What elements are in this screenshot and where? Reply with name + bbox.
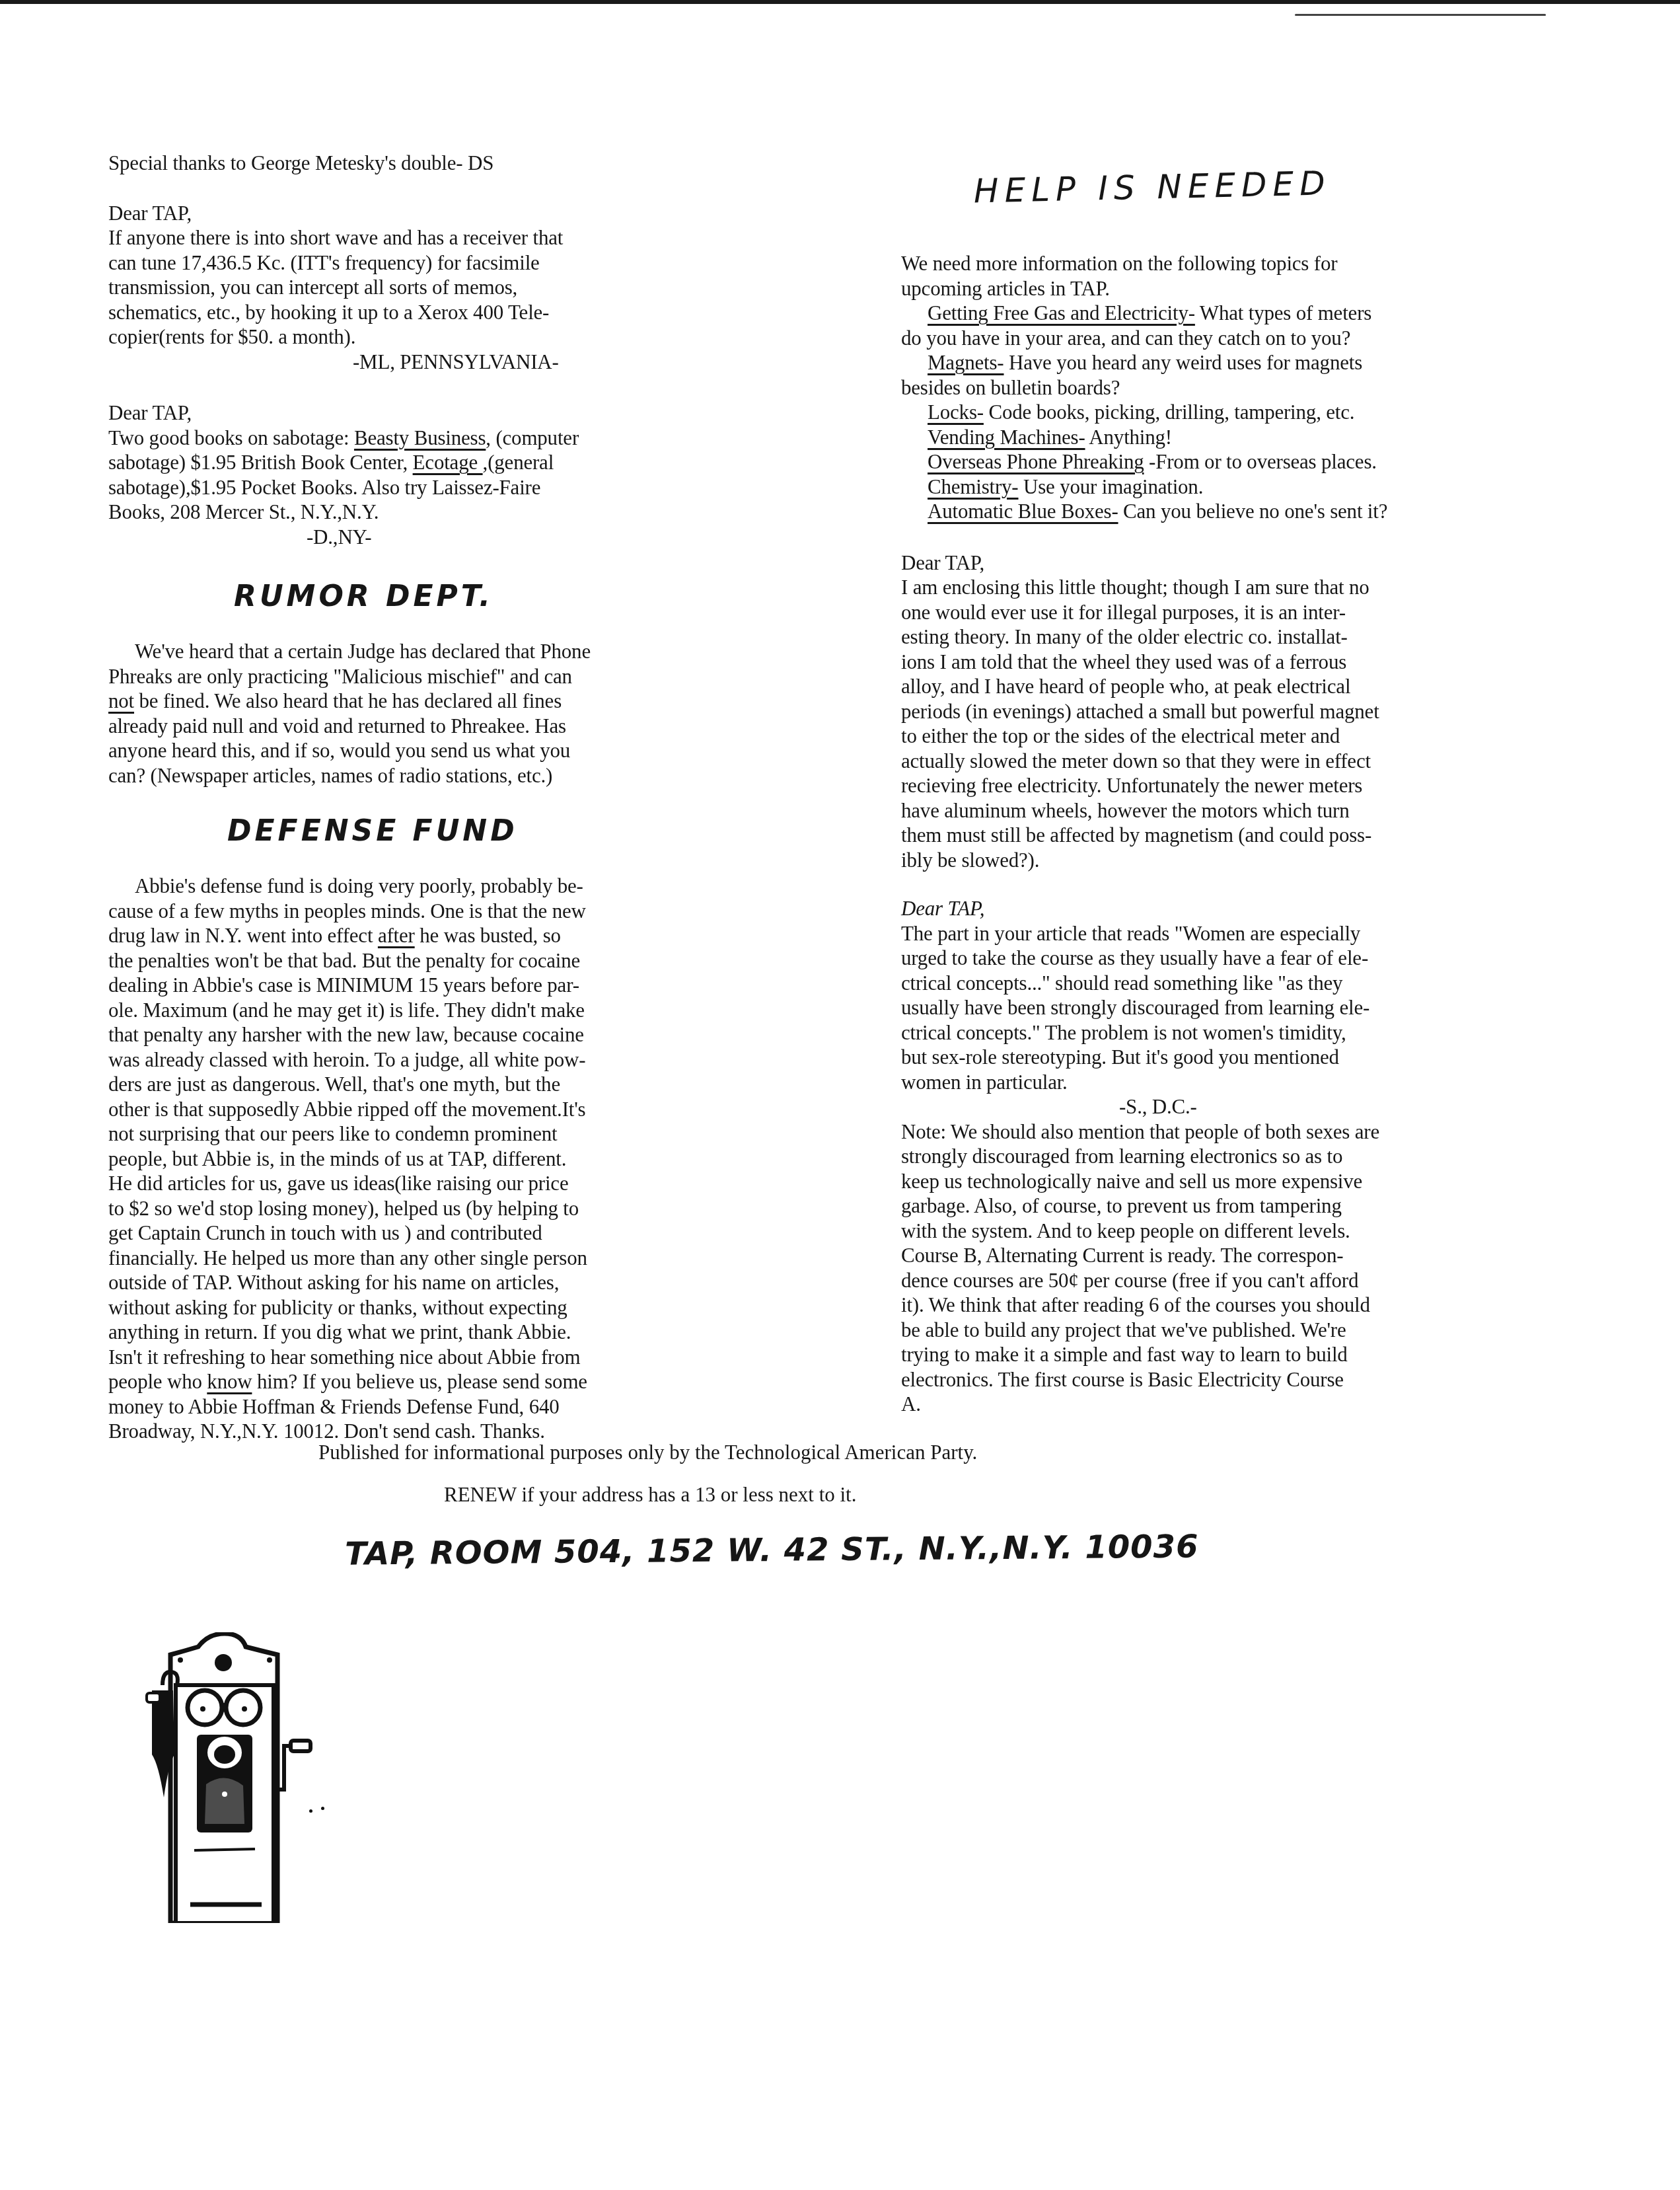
help-topic: Magnets- Have you heard any weird uses f… — [901, 350, 1535, 375]
text: him? If you believe us, please send some — [252, 1370, 587, 1393]
help-topic-text: Code books, picking, drilling, tampering… — [984, 400, 1354, 424]
emphasis-not: not — [108, 689, 134, 712]
letter-line: can tune 17,436.5 Kc. (ITT's frequency) … — [108, 250, 743, 276]
help-topic-text: Use your imagination. — [1019, 475, 1204, 498]
text: , (computer — [486, 426, 579, 449]
antique-wall-telephone-icon — [132, 1632, 330, 1923]
note-line: A. — [901, 1392, 1535, 1417]
letter-line: recieving free electricity. Unfortunatel… — [901, 773, 1535, 798]
section-title: RUMOR DEPT. — [108, 577, 743, 617]
letter-line: usually have been strongly discouraged f… — [901, 995, 1535, 1020]
paragraph-line: Broadway, N.Y.,N.Y. 10012. Don't send ca… — [108, 1419, 743, 1444]
mailing-address: TAP, ROOM 504, 152 W. 42 ST., N.Y.,N.Y. … — [345, 1528, 1199, 1572]
paragraph-line: the penalties won't be that bad. But the… — [108, 948, 743, 973]
right-column: HELP IS NEEDED We need more information … — [901, 173, 1535, 1417]
help-topic-label: Magnets- — [928, 351, 1004, 374]
letter-line: ions I am told that the wheel they used … — [901, 650, 1535, 675]
paragraph-line: that penalty any harsher with the new la… — [108, 1022, 743, 1047]
help-topic: Getting Free Gas and Electricity- What t… — [901, 301, 1535, 326]
letter-line: copier(rents for $50. a month). — [108, 324, 743, 350]
page-scan-mark — [1295, 14, 1546, 16]
section-title: HELP IS NEEDED — [900, 159, 1535, 213]
help-topic-text: What types of meters — [1195, 301, 1371, 324]
paragraph-line: already paid null and void and returned … — [108, 714, 743, 739]
paragraph-line: get Captain Crunch in touch with us ) an… — [108, 1221, 743, 1246]
paragraph-line: anyone heard this, and if so, would you … — [108, 738, 743, 763]
help-topic: Vending Machines- Anything! — [901, 425, 1535, 450]
note-line: strongly discouraged from learning elect… — [901, 1144, 1535, 1169]
help-topic-continuation: do you have in your area, and can they c… — [901, 326, 1535, 351]
letter-magnet-meter: Dear TAP, I am enclosing this little tho… — [901, 550, 1535, 873]
help-topic-label: Automatic Blue Boxes- — [928, 500, 1118, 523]
paragraph-line: not be fined. We also heard that he has … — [108, 689, 743, 714]
text: Two good books on sabotage: — [108, 426, 354, 449]
paragraph-line: financially. He helped us more than any … — [108, 1246, 743, 1271]
text: sabotage) $1.95 British Book Center, — [108, 451, 413, 474]
text: people who — [108, 1370, 207, 1393]
note-line: trying to make it a simple and fast way … — [901, 1342, 1535, 1367]
text: he was busted, so — [415, 924, 561, 947]
letter-line: them must still be affected by magnetism… — [901, 823, 1535, 848]
letter-line: I am enclosing this little thought; thou… — [901, 575, 1535, 600]
note-line: it). We think that after reading 6 of th… — [901, 1293, 1535, 1318]
book-title-ecotage: Ecotage — [413, 451, 483, 474]
paragraph-line: ole. Maximum (and he may get it) is life… — [108, 998, 743, 1023]
letter-line: sabotage),$1.95 Pocket Books. Also try L… — [108, 475, 743, 500]
note-line: Note: We should also mention that people… — [901, 1119, 1535, 1145]
letter-line: actually slowed the meter down so that t… — [901, 749, 1535, 774]
renew-notice: RENEW if your address has a 13 or less n… — [444, 1483, 856, 1507]
note-line: Course B, Alternating Current is ready. … — [901, 1243, 1535, 1268]
paragraph-line: Abbie's defense fund is doing very poorl… — [108, 874, 743, 899]
section-help-is-needed: HELP IS NEEDED We need more information … — [901, 173, 1535, 524]
letter-line: If anyone there is into short wave and h… — [108, 225, 743, 250]
paragraph-line: upcoming articles in TAP. — [901, 276, 1535, 301]
help-topic-label: Chemistry- — [928, 475, 1019, 498]
letter-line: ctrical concepts..." should read somethi… — [901, 971, 1535, 996]
letter-line: sabotage) $1.95 British Book Center, Eco… — [108, 450, 743, 475]
help-topic-list: Getting Free Gas and Electricity- What t… — [901, 301, 1535, 524]
letter-line: Books, 208 Mercer St., N.Y.,N.Y. — [108, 500, 743, 525]
paragraph-line: Phreaks are only practicing "Malicious m… — [108, 664, 743, 689]
paragraph-line: ders are just as dangerous. Well, that's… — [108, 1072, 743, 1097]
note-line: keep us technologically naive and sell u… — [901, 1169, 1535, 1194]
published-notice: Published for informational purposes onl… — [318, 1441, 977, 1464]
paragraph-line: dealing in Abbie's case is MINIMUM 15 ye… — [108, 973, 743, 998]
letter-body: The part in your article that reads "Wom… — [901, 921, 1535, 1095]
note-line: be able to build any project that we've … — [901, 1318, 1535, 1343]
letter-line: but sex-role stereotyping. But it's good… — [901, 1045, 1535, 1070]
help-topic-label: Vending Machines- — [928, 426, 1085, 449]
signature: -D.,NY- — [108, 525, 743, 550]
help-topic-label: Locks- — [928, 400, 984, 424]
book-title-beasty-business: Beasty Business — [354, 426, 486, 449]
note-line: with the system. And to keep people on d… — [901, 1219, 1535, 1244]
letter-line: The part in your article that reads "Wom… — [901, 921, 1535, 946]
help-topic-text: -From or to overseas places. — [1144, 450, 1377, 473]
letter-women-course: Dear TAP, The part in your article that … — [901, 896, 1535, 1119]
signature: -S., D.C.- — [901, 1094, 1535, 1119]
note-line: garbage. Also, of course, to prevent us … — [901, 1193, 1535, 1219]
help-topic-continuation: besides on bulletin boards? — [901, 375, 1535, 400]
paragraph-line: He did articles for us, gave us ideas(li… — [108, 1171, 743, 1196]
paragraph-line: not surprising that our peers like to co… — [108, 1121, 743, 1147]
help-topic: Chemistry- Use your imagination. — [901, 474, 1535, 500]
letter-line: ctrical concepts." The problem is not wo… — [901, 1020, 1535, 1045]
letter-line: periods (in evenings) attached a small b… — [901, 699, 1535, 724]
special-thanks: Special thanks to George Metesky's doubl… — [108, 151, 743, 176]
paragraph-line: without asking for publicity or thanks, … — [108, 1295, 743, 1320]
salutation: Dear TAP, — [901, 896, 1535, 921]
text: ,(general — [483, 451, 554, 474]
help-topic: Automatic Blue Boxes- Can you believe no… — [901, 499, 1535, 524]
paragraph-line: anything in return. If you dig what we p… — [108, 1320, 743, 1345]
letter-line: schematics, etc., by hooking it up to a … — [108, 300, 743, 325]
salutation: Dear TAP, — [901, 550, 1535, 576]
help-topic: Overseas Phone Phreaking -From or to ove… — [901, 449, 1535, 474]
letter-line: urged to take the course as they usually… — [901, 946, 1535, 971]
letter-line: esting theory. In many of the older elec… — [901, 624, 1535, 650]
letter-line: have aluminum wheels, however the motors… — [901, 798, 1535, 823]
paragraph-line: drug law in N.Y. went into effect after … — [108, 923, 743, 948]
emphasis-after: after — [378, 924, 415, 947]
letter-body: I am enclosing this little thought; thou… — [901, 575, 1535, 872]
salutation: Dear TAP, — [108, 400, 743, 426]
note-line: dence courses are 50¢ per course (free i… — [901, 1268, 1535, 1293]
letter-line: Two good books on sabotage: Beasty Busin… — [108, 426, 743, 451]
paragraph-line: outside of TAP. Without asking for his n… — [108, 1270, 743, 1295]
paragraph-line: was already classed with heroin. To a ju… — [108, 1047, 743, 1073]
left-column: Special thanks to George Metesky's doubl… — [108, 151, 743, 1444]
paragraph-line: We need more information on the followin… — [901, 251, 1535, 276]
paragraph-line: Isn't it refreshing to hear something ni… — [108, 1345, 743, 1370]
help-topic: Locks- Code books, picking, drilling, ta… — [901, 400, 1535, 425]
paragraph-line: money to Abbie Hoffman & Friends Defense… — [108, 1394, 743, 1419]
note-line: electronics. The first course is Basic E… — [901, 1367, 1535, 1392]
letter-sabotage-books: Dear TAP, Two good books on sabotage: Be… — [108, 400, 743, 549]
letter-line: one would ever use it for illegal purpos… — [901, 600, 1535, 625]
paragraph-line: to $2 so we'd stop losing money), helped… — [108, 1196, 743, 1221]
paragraph-line: cause of a few myths in peoples minds. O… — [108, 899, 743, 924]
salutation: Dear TAP, — [108, 201, 743, 226]
section-rumor-dept: RUMOR DEPT. We've heard that a certain J… — [108, 577, 743, 788]
paragraph-line: people, but Abbie is, in the minds of us… — [108, 1147, 743, 1172]
help-topic-text: Have you heard any weird uses for magnet… — [1004, 351, 1362, 374]
emphasis-know: know — [207, 1370, 252, 1393]
defense-lines-b: the penalties won't be that bad. But the… — [108, 948, 743, 1370]
letter-shortwave: Dear TAP, If anyone there is into short … — [108, 201, 743, 375]
editor-note: Note: We should also mention that people… — [901, 1119, 1535, 1417]
section-title: DEFENSE FUND — [108, 812, 743, 851]
paragraph-line: people who know him? If you believe us, … — [108, 1369, 743, 1394]
help-topic-label: Overseas Phone Phreaking — [928, 450, 1144, 473]
paragraph-line: other is that supposedly Abbie ripped of… — [108, 1097, 743, 1122]
help-topic-text: Can you believe no one's sent it? — [1118, 500, 1388, 523]
paragraph-line: We've heard that a certain Judge has dec… — [108, 639, 743, 664]
paragraph-line: can? (Newspaper articles, names of radio… — [108, 763, 743, 788]
text: be fined. We also heard that he has decl… — [134, 689, 562, 712]
letter-line: transmission, you can intercept all sort… — [108, 275, 743, 300]
text: drug law in N.Y. went into effect — [108, 924, 378, 947]
letter-line: ibly be slowed?). — [901, 848, 1535, 873]
help-topic-text: Anything! — [1085, 426, 1172, 449]
letter-line: alloy, and I have heard of people who, a… — [901, 674, 1535, 699]
letter-line: to either the top or the sides of the el… — [901, 724, 1535, 749]
letter-line: women in particular. — [901, 1070, 1535, 1095]
page-top-edge — [0, 0, 1680, 4]
signature: -ML, PENNSYLVANIA- — [108, 350, 743, 375]
help-topic-label: Getting Free Gas and Electricity- — [928, 301, 1195, 324]
section-defense-fund: DEFENSE FUND Abbie's defense fund is doi… — [108, 812, 743, 1444]
